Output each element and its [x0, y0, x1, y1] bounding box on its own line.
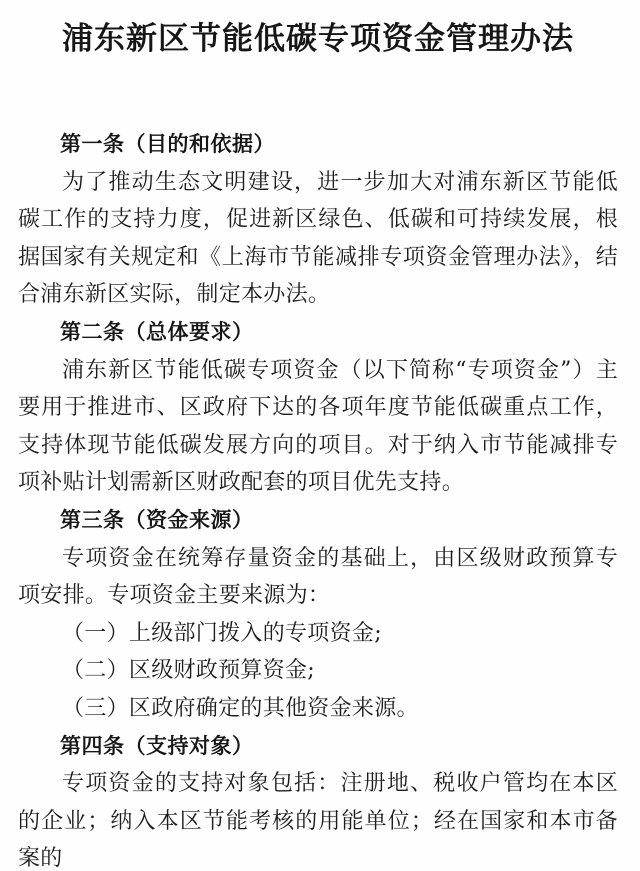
document-page: 浦东新区节能低碳专项资金管理办法 第一条（目的和依据） 为了推动生态文明建设，进… [0, 0, 640, 871]
article-4-heading: 第四条（支持对象） [18, 728, 618, 766]
document-title: 浦东新区节能低碳专项资金管理办法 [18, 22, 618, 56]
article-3-list-item-1: （一）上级部门拨入的专项资金; [18, 615, 618, 653]
article-2-heading: 第二条（总体要求） [18, 314, 618, 352]
article-3-list-item-2: （二）区级财政预算资金; [18, 652, 618, 690]
article-1-paragraph-1: 为了推动生态文明建设，进一步加大对浦东新区节能低碳工作的支持力度，促进新区绿色、… [18, 164, 618, 314]
article-1-heading: 第一条（目的和依据） [18, 126, 618, 164]
document-body: 第一条（目的和依据） 为了推动生态文明建设，进一步加大对浦东新区节能低碳工作的支… [18, 126, 618, 871]
article-3-heading: 第三条（资金来源） [18, 502, 618, 540]
article-3-paragraph-1: 专项资金在统筹存量资金的基础上，由区级财政预算专项安排。专项资金主要来源为： [18, 540, 618, 615]
article-3-list-item-3: （三）区政府确定的其他资金来源。 [18, 690, 618, 728]
article-4-paragraph-1: 专项资金的支持对象包括：注册地、税收户管均在本区的企业；纳入本区节能考核的用能单… [18, 765, 618, 871]
article-2-paragraph-1: 浦东新区节能低碳专项资金（以下简称“专项资金”）主要用于推进市、区政府下达的各项… [18, 352, 618, 502]
